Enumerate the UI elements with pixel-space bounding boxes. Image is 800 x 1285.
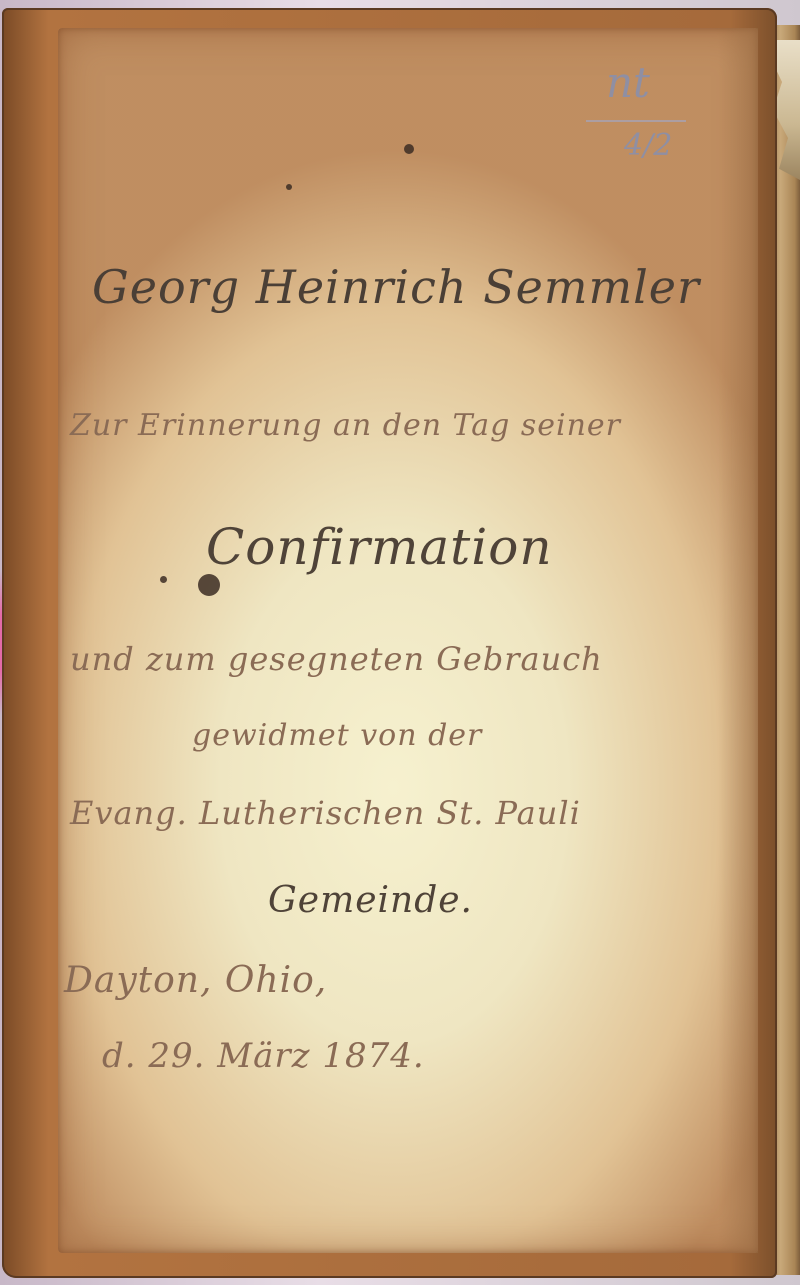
inscription-name: Georg Heinrich Semmler xyxy=(92,260,700,314)
inscription-line-4: gewidmet von der xyxy=(192,718,482,753)
pencil-note-top: nt xyxy=(606,58,650,107)
ink-spot xyxy=(404,144,414,154)
pencil-note-rule xyxy=(586,120,686,122)
ink-blot xyxy=(198,574,220,596)
inscription-line-2: Confirmation xyxy=(206,518,553,576)
ink-spot xyxy=(160,576,167,583)
inscription-line-6: Gemeinde. xyxy=(268,880,473,921)
inscription-line-1: Zur Erinnerung an den Tag seiner xyxy=(70,408,621,443)
pencil-note-bottom: 4/2 xyxy=(624,128,672,163)
page-edge-shading xyxy=(718,28,758,1253)
inscription-date: d. 29. März 1874. xyxy=(102,1036,425,1076)
ink-spot xyxy=(286,184,292,190)
inscription-line-3: und zum gesegneten Gebrauch xyxy=(70,640,603,678)
inscription-line-5: Evang. Lutherischen St. Pauli xyxy=(70,794,581,832)
inscription-place: Dayton, Ohio, xyxy=(64,960,327,1001)
flyleaf-page: nt 4/2 Georg Heinrich Semmler Zur Erinne… xyxy=(58,28,758,1253)
